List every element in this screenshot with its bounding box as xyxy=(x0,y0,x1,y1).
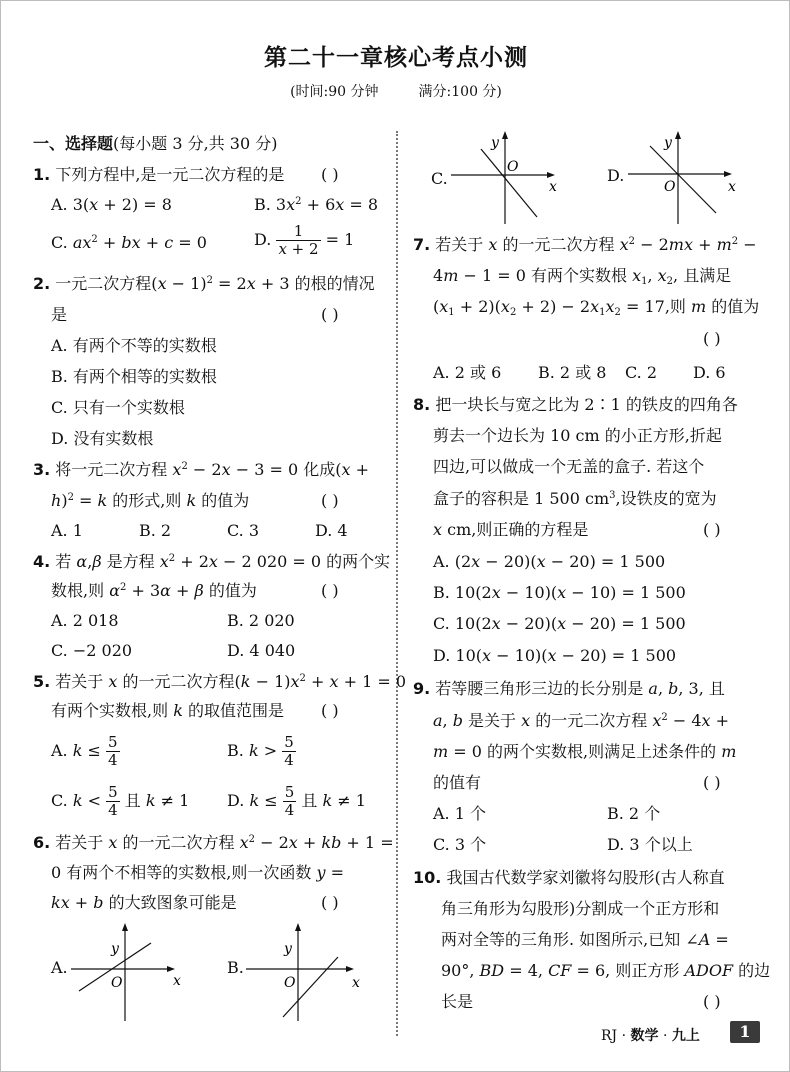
q3-option-a[interactable]: A. 1 xyxy=(51,521,83,541)
q8-option-b[interactable]: B. 10(2x − 10)(x − 10) = 1 500 xyxy=(433,583,686,603)
grade-label: 九上 xyxy=(672,1028,700,1044)
section-note: (每小题 3 分,共 30 分) xyxy=(113,134,277,153)
y-axis-label: y xyxy=(110,941,120,957)
question-number: 7. xyxy=(413,235,430,254)
question-text: 角三角形为勾股形)分割成一个正方形和 xyxy=(441,899,719,919)
q1-option-b[interactable]: B. 3x2 + 6x = 8 xyxy=(254,195,378,215)
q2-option-a[interactable]: A. 有两个不等的实数根 xyxy=(51,336,217,356)
q4-option-b[interactable]: B. 2 020 xyxy=(227,611,295,631)
time-limit: (时间:90 分钟 xyxy=(290,84,378,100)
y-axis-label: y xyxy=(490,135,500,151)
q9-option-c[interactable]: C. 3 个 xyxy=(433,835,486,855)
q5-option-c[interactable]: C. k < 54 且 k ≠ 1 xyxy=(51,784,189,819)
q8-option-c[interactable]: C. 10(2x − 20)(x − 20) = 1 500 xyxy=(433,614,686,634)
question-text: 数根,则 α2 + 3α + β 的值为 xyxy=(51,581,257,601)
question-number: 9. xyxy=(413,679,430,698)
question-text: m = 0 的两个实数根,则满足上述条件的 m xyxy=(433,742,736,762)
x-axis-label: x xyxy=(549,179,557,195)
page-title: 第二十一章核心考点小测 xyxy=(1,39,790,72)
q1-option-a[interactable]: A. 3(x + 2) = 8 xyxy=(51,195,172,215)
q7-option-b[interactable]: B. 2 或 8 xyxy=(538,363,606,383)
question-7: 7. 若关于 x 的一元二次方程 x2 − 2mx + m2 − xyxy=(413,235,757,255)
answer-blank[interactable]: ( ) xyxy=(321,165,339,185)
answer-blank[interactable]: ( ) xyxy=(703,329,721,349)
q8-option-a[interactable]: A. (2x − 20)(x − 20) = 1 500 xyxy=(433,552,665,572)
q6-option-b-graph[interactable]: y x O xyxy=(246,921,366,1021)
question-text: 盒子的容积是 1 500 cm3,设铁皮的宽为 xyxy=(433,489,717,509)
q5-option-a[interactable]: A. k ≤ 54 xyxy=(51,734,120,769)
answer-blank[interactable]: ( ) xyxy=(321,305,339,325)
question-1: 1. 下列方程中,是一元二次方程的是 xyxy=(33,165,284,185)
q9-option-a[interactable]: A. 1 个 xyxy=(433,804,486,824)
question-6: 6. 若关于 x 的一元二次方程 x2 − 2x + kb + 1 = xyxy=(33,833,394,853)
y-axis-label: y xyxy=(663,135,673,151)
q5-option-b[interactable]: B. k > 54 xyxy=(227,734,296,769)
question-text: h)2 = k 的形式,则 k 的值为 xyxy=(51,491,249,511)
q4-option-a[interactable]: A. 2 018 xyxy=(51,611,119,631)
q2-option-d[interactable]: D. 没有实数根 xyxy=(51,429,153,449)
question-4: 4. 若 α,β 是方程 x2 + 2x − 2 020 = 0 的两个实 xyxy=(33,552,390,572)
question-number: 1. xyxy=(33,165,50,184)
x-axis-label: x xyxy=(173,973,181,989)
page-footer: RJ · 数学 · 九上 xyxy=(601,1025,700,1045)
q7-option-c[interactable]: C. 2 xyxy=(625,363,657,383)
question-text: 的值有 xyxy=(433,773,481,793)
column-divider xyxy=(396,131,398,1036)
question-text: 下列方程中,是一元二次方程的是 xyxy=(55,165,284,184)
q3-option-b[interactable]: B. 2 xyxy=(139,521,171,541)
origin-label: O xyxy=(664,179,676,195)
y-axis-label: y xyxy=(283,941,293,957)
x-axis-label: x xyxy=(728,179,736,195)
q8-option-d[interactable]: D. 10(x − 10)(x − 20) = 1 500 xyxy=(433,646,676,666)
question-text: 是 xyxy=(51,305,67,325)
question-5: 5. 若关于 x 的一元二次方程(k − 1)x2 + x + 1 = 0 xyxy=(33,672,406,692)
question-text: 我国古代数学家刘徽将勾股形(古人称直 xyxy=(446,868,724,887)
question-3: 3. 将一元二次方程 x2 − 2x − 3 = 0 化成(x + xyxy=(33,460,369,480)
q2-option-b[interactable]: B. 有两个相等的实数根 xyxy=(51,367,217,387)
question-2: 2. 一元二次方程(x − 1)2 = 2x + 3 的根的情况 xyxy=(33,274,375,294)
edition-label: RJ xyxy=(601,1028,617,1044)
question-number: 10. xyxy=(413,868,441,887)
q4-option-d[interactable]: D. 4 040 xyxy=(227,641,295,661)
q6-option-c-label[interactable]: C. xyxy=(431,169,448,188)
question-text: 两对全等的三角形. 如图所示,已知 ∠A = xyxy=(441,930,729,950)
question-number: 6. xyxy=(33,833,50,852)
q3-option-d[interactable]: D. 4 xyxy=(315,521,348,541)
question-text: 0 有两个不相等的实数根,则一次函数 y = xyxy=(51,863,344,883)
q4-option-c[interactable]: C. −2 020 xyxy=(51,641,132,661)
question-8: 8. 把一块长与宽之比为 2∶1 的铁皮的四角各 xyxy=(413,395,738,415)
q7-option-a[interactable]: A. 2 或 6 xyxy=(433,363,501,383)
section-heading: 一、选择题(每小题 3 分,共 30 分) xyxy=(33,134,277,154)
question-text: a, b 是关于 x 的一元二次方程 x2 − 4x + xyxy=(433,711,729,731)
q9-option-d[interactable]: D. 3 个以上 xyxy=(607,835,693,855)
origin-label: O xyxy=(507,159,519,175)
subject-label: 数学 xyxy=(631,1028,659,1044)
question-9: 9. 若等腰三角形三边的长分别是 a, b, 3, 且 xyxy=(413,679,725,699)
worksheet-page: 第二十一章核心考点小测 (时间:90 分钟满分:100 分) 一、选择题(每小题… xyxy=(0,0,790,1072)
question-text: x cm,则正确的方程是 xyxy=(433,520,588,540)
x-axis-label: x xyxy=(352,975,360,991)
answer-blank[interactable]: ( ) xyxy=(321,491,339,511)
q6-option-c-graph[interactable]: y x O xyxy=(451,129,566,224)
section-title: 一、选择题 xyxy=(33,134,113,153)
q5-option-d[interactable]: D. k ≤ 54 且 k ≠ 1 xyxy=(227,784,366,819)
q6-option-d-graph[interactable]: y x O xyxy=(628,129,743,224)
question-text: (x1 + 2)(x2 + 2) − 2x1x2 = 17,则 m 的值为 xyxy=(433,297,759,317)
q1-option-d[interactable]: D. 1x + 2 = 1 xyxy=(254,223,354,258)
page-number-book-icon: 1 xyxy=(730,1021,760,1043)
question-text: kx + b 的大致图象可能是 xyxy=(51,893,237,913)
question-text: 剪去一个边长为 10 cm 的小正方形,折起 xyxy=(433,426,722,446)
answer-blank[interactable]: ( ) xyxy=(703,520,721,540)
q2-option-c[interactable]: C. 只有一个实数根 xyxy=(51,398,185,418)
q3-option-c[interactable]: C. 3 xyxy=(227,521,259,541)
question-text: 长是 xyxy=(441,992,473,1012)
q6-option-a-graph[interactable]: y x O xyxy=(71,921,186,1021)
answer-blank[interactable]: ( ) xyxy=(321,893,339,913)
q7-option-d[interactable]: D. 6 xyxy=(693,363,726,383)
answer-blank[interactable]: ( ) xyxy=(703,773,721,793)
q6-option-b-label[interactable]: B. xyxy=(227,958,244,977)
question-text: 有两个实数根,则 k 的取值范围是 xyxy=(51,701,284,721)
question-text: 把一块长与宽之比为 2∶1 的铁皮的四角各 xyxy=(435,395,738,414)
question-number: 3. xyxy=(33,460,50,479)
question-number: 8. xyxy=(413,395,430,414)
question-number: 5. xyxy=(33,672,50,691)
full-score: 满分:100 分) xyxy=(419,84,502,100)
question-text: 四边,可以做成一个无盖的盒子. 若这个 xyxy=(433,457,704,477)
origin-label: O xyxy=(111,975,123,991)
answer-blank[interactable]: ( ) xyxy=(321,701,339,721)
exam-info: (时间:90 分钟满分:100 分) xyxy=(1,81,790,101)
question-10: 10. 我国古代数学家刘徽将勾股形(古人称直 xyxy=(413,868,725,888)
question-text: 90°, BD = 4, CF = 6, 则正方形 ADOF 的边 xyxy=(441,961,770,981)
origin-label: O xyxy=(284,975,296,991)
q1-option-c[interactable]: C. ax2 + bx + c = 0 xyxy=(51,233,207,253)
q6-option-d-label[interactable]: D. xyxy=(607,166,624,185)
question-number: 4. xyxy=(33,552,50,571)
question-text: 4m − 1 = 0 有两个实数根 x1, x2, 且满足 xyxy=(433,266,731,286)
answer-blank[interactable]: ( ) xyxy=(321,581,339,601)
q9-option-b[interactable]: B. 2 个 xyxy=(607,804,660,824)
answer-blank[interactable]: ( ) xyxy=(703,992,721,1012)
question-number: 2. xyxy=(33,274,50,293)
q6-option-a-label[interactable]: A. xyxy=(51,958,68,977)
